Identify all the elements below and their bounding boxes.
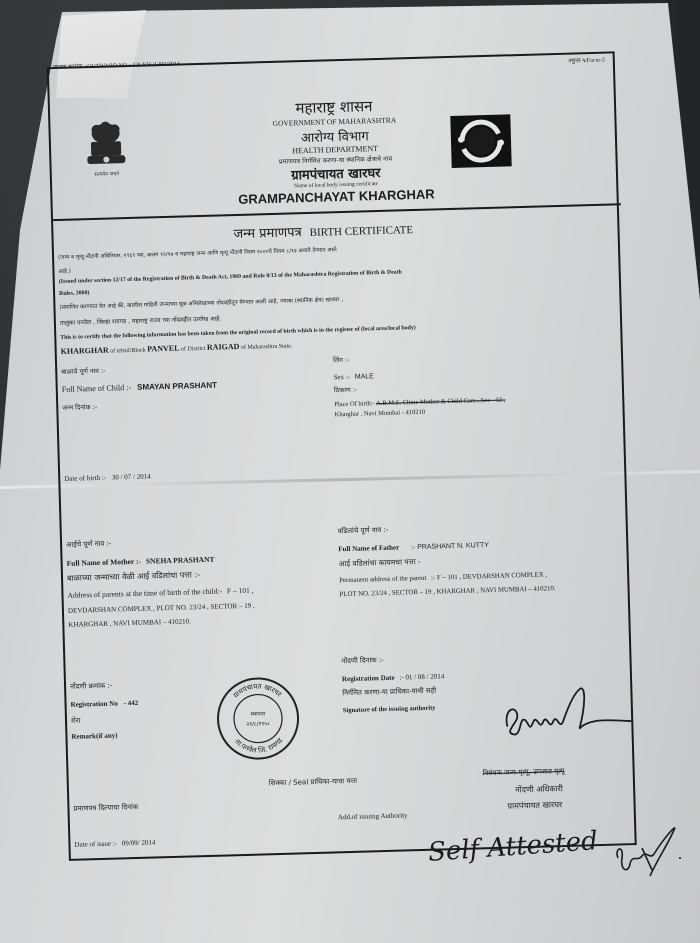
reg-date-value: :- 01 / 08 / 2014 [399,672,444,681]
sex-label: Sex :- [333,373,350,381]
certify-mr-1: (प्रमाणित करण्यात येत आहे की, खालील माहि… [59,295,343,311]
reg-no-label-mr: नोंदणी क्रमांक :- [70,682,113,692]
sex-label-mr: लिंग :- [333,355,350,364]
child-name-label-mr: बाळाचे पूर्ण नाव :- [61,366,105,376]
remark-label: Remark(if any) [71,731,117,740]
child-name-row: Full Name of Child :- SMAYAN PRASHANT [62,381,217,394]
tehsil-value: PANVEL [147,344,180,354]
birth-address-line1: F – 101 , [227,586,254,596]
father-name-value: :- PRASHANT N. KUTTY [411,542,489,551]
reg-date-label-mr: नोंदणी दिनांक :- [341,656,383,666]
perm-address-label: Permanent address of the parent [339,575,426,584]
authority-title-mr: नोंदणी अधिकारी [515,783,563,795]
preamble-en-1: (Issued under section 12/17 of the Regis… [59,269,402,285]
issue-date-label: Date of issue :- [74,840,117,849]
reg-no-value: - 442 [123,699,138,707]
dob-label: Date of birth :- [64,474,106,483]
child-name-value: SMAYAN PRASHANT [137,381,217,392]
mother-name-value: SNEHA PRASHANT [146,555,215,566]
birth-certificate: जावक क्रमांक / OUTWARD NO :-GR.KH./1283/… [18,23,653,860]
certificate-frame: नमुना-५/Form-5 सत्यमेव जयते महाराष्ट्र श… [47,51,637,861]
birth-address-line3: KHARGHAR , NAVI MUMBAI – 410210. [68,617,191,628]
signature-label: Signature of the issuing authority [343,705,436,715]
certify-en-1: This is to certify that the following in… [60,325,415,341]
issue-date-label-mr: प्रमाणपत्र दिल्याचा दिनांक [73,803,138,814]
authority-body-mr: ग्रामपंचायत खारघर [507,799,562,812]
dob-value: 30 / 07 / 2014 [112,472,151,481]
sex-value: MALE [355,373,374,381]
svg-text:स्थापना: स्थापना [251,711,266,717]
official-seal-stamp: ग्रामपंचायत खारघर ता.पनवेल जि. रायगड स्थ… [214,674,302,762]
preamble-mr-1: (जन्म व मृत्यू नोंदणी अधिनियम, १९६९ च्या… [58,245,337,261]
health-dept-logo-icon [450,114,511,168]
place-label: Place Of birth:- [334,400,375,408]
remark-label-mr: शेरा [71,717,81,726]
title-mr: जन्म प्रमाणपत्र [233,225,302,242]
perm-address-label-mr: आई वडिलांचा कायमचा पत्ता - [339,557,421,569]
authority-address-label: Add.of issuing Authority [338,811,408,821]
father-row: Full Name of Father :- PRASHANT N. KUTTY [338,541,489,553]
dob-row: Date of birth :- 30 / 07 / 2014 [64,472,151,482]
area-value: KHARGHAR [61,346,109,356]
perm-address-row: Permanent address of the parent :- F – 1… [339,571,547,584]
birth-address-line2: DEVDARSHAN COMPLEX , PLOT NO. 23/24 , SE… [68,602,255,615]
certify-en-2: KHARGHAR of tehsil/Block PANVEL of Distr… [61,340,293,355]
signature-label-mr: निर्गमित करणा-या प्राधिका-याची सही [342,687,436,699]
certify-mr-2: तालुका पनवेल , जिल्हा रायगड , महाराष्ट्र… [60,314,222,327]
preamble-mr-2: आहे.) [58,267,71,275]
svg-text:२१/८/१९५८: २१/८/१९५८ [246,721,270,728]
reg-no-row: Registration No - 442 [70,699,138,709]
district-value: RAIGAD [207,342,240,352]
issue-date-row: Date of issue :- 09/09/ 2014 [74,838,155,848]
perm-address-line2: PLOT NO. 23/24 , SECTOR – 19 , KHARGHAR … [340,585,556,598]
form-number: नमुना-५/Form-5 [568,56,605,65]
birth-address-label: Address of parents at the time of birth … [67,587,222,600]
reg-date-row: Registration Date :- 01 / 08 / 2014 [342,672,445,683]
mother-label: Full Name of Mother :- [67,557,142,568]
place-value-line2: Kharghar , Navi Mumbai - 410210 [334,409,425,419]
issue-date-value: 09/09/ 2014 [122,838,156,847]
seal-label: शिक्का / Seal प्राधिका-याचा पत्ता [269,777,357,788]
svg-text:ग्रामपंचायत खारघर: ग्रामपंचायत खारघर [232,682,284,700]
certify-text-c: of Maharashtra State. [241,343,293,350]
place-value-line1: A.B.M.S. Clinic Mother & Child Care , Se… [376,397,505,408]
certify-text-a: of tehsil/Block [110,348,146,355]
title-en: BIRTH CERTIFICATE [310,224,414,239]
svg-text:ता.पनवेल जि. रायगड: ता.पनवेल जि. रायगड [233,736,285,755]
certificate-title: जन्म प्रमाणपत्र BIRTH CERTIFICATE [233,219,413,242]
perm-address-line1: :- F – 101 , DEVDARSHAN COMPLEX , [431,571,547,581]
birth-address-row: Address of parents at the time of birth … [67,586,253,600]
authority-signature [498,683,640,747]
holder-signature [608,818,688,888]
reg-date-label: Registration Date [342,674,395,683]
reg-no-label: Registration No [70,699,117,708]
mother-row: Full Name of Mother :- SNEHA PRASHANT [67,555,215,568]
birth-address-label-mr: बाळाच्या जन्माच्या वेळी आई वडिलांचा पत्त… [67,569,200,584]
dob-label-mr: जन्म दिनांक :- [62,402,97,412]
sex-row: Sex :- MALE [333,372,374,381]
struck-title: निबंधक जन्म-मृत्यू, उपजात मृत्यू [483,767,565,778]
father-label-mr: वडिलांचे पूर्ण नाव :- [338,526,389,536]
child-name-label: Full Name of Child :- [62,383,132,394]
preamble-en-2: Rules, 2000) [59,290,89,297]
father-label: Full Name of Father [338,544,399,554]
certify-text-b: of District [181,346,206,353]
place-row: Place Of birth:- A.B.M.S. Clinic Mother … [334,397,505,409]
mother-label-mr: आईचे पूर्ण नाव :- [66,540,111,550]
place-label-mr: ठिकाण :- [334,385,358,395]
